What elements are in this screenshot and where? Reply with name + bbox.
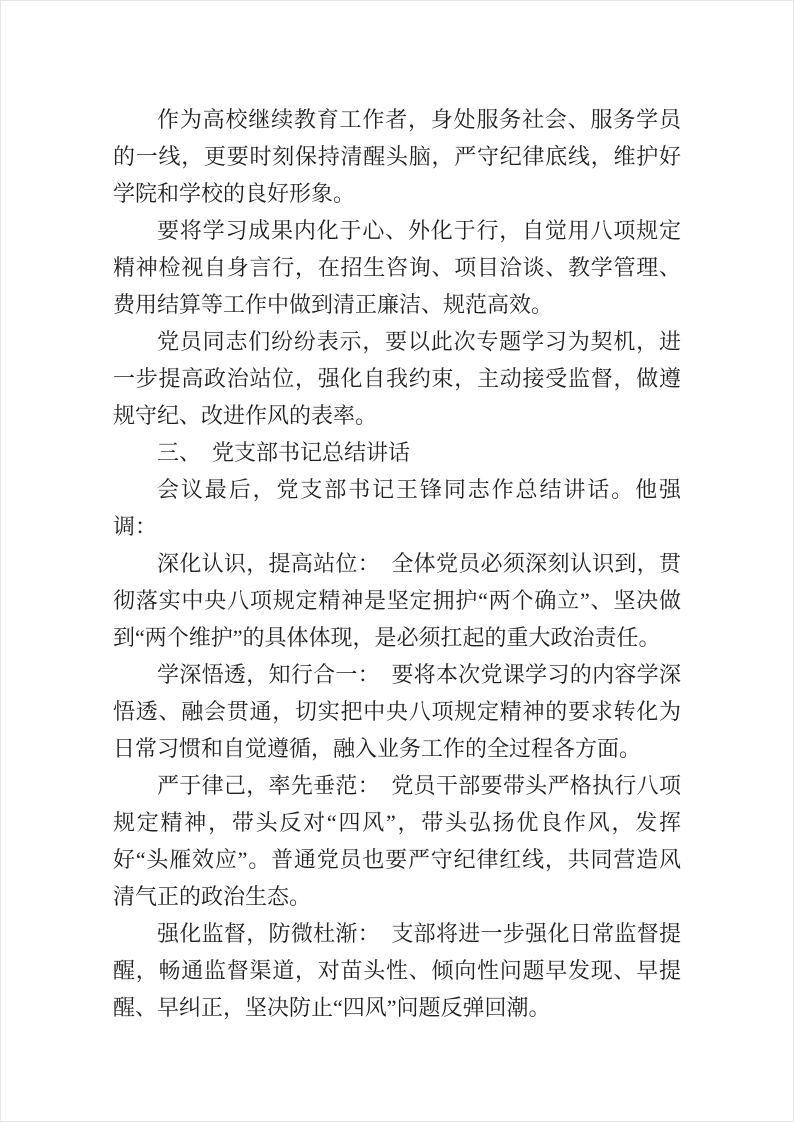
paragraph-1: 作为高校继续教育工作者，身处服务社会、服务学员的一线，更要时刻保持清醒头脑，严守… xyxy=(113,101,681,212)
paragraph-8: 严于律己，率先垂范： 党员干部要带头严格执行八项规定精神，带头反对“四风”，带头… xyxy=(113,767,681,915)
paragraph-9: 强化监督，防微杜渐： 支部将进一步强化日常监督提醒，畅通监督渠道，对苗头性、倾向… xyxy=(113,915,681,1026)
document-text-block: 作为高校继续教育工作者，身处服务社会、服务学员的一线，更要时刻保持清醒头脑，严守… xyxy=(113,101,681,1026)
section-heading: 三、 党支部书记总结讲话 xyxy=(113,434,681,471)
paragraph-3: 党员同志们纷纷表示，要以此次专题学习为契机，进一步提高政治站位，强化自我约束，主… xyxy=(113,323,681,434)
paragraph-2: 要将学习成果内化于心、外化于行，自觉用八项规定精神检视自身言行，在招生咨询、项目… xyxy=(113,212,681,323)
paragraph-5: 会议最后，党支部书记王锋同志作总结讲话。他强调： xyxy=(113,471,681,545)
document-page: 作为高校继续教育工作者，身处服务社会、服务学员的一线，更要时刻保持清醒头脑，严守… xyxy=(0,0,794,1122)
paragraph-6: 深化认识，提高站位： 全体党员必须深刻认识到，贯彻落实中央八项规定精神是坚定拥护… xyxy=(113,545,681,656)
paragraph-7: 学深悟透，知行合一： 要将本次党课学习的内容学深悟透、融会贯通，切实把中央八项规… xyxy=(113,656,681,767)
